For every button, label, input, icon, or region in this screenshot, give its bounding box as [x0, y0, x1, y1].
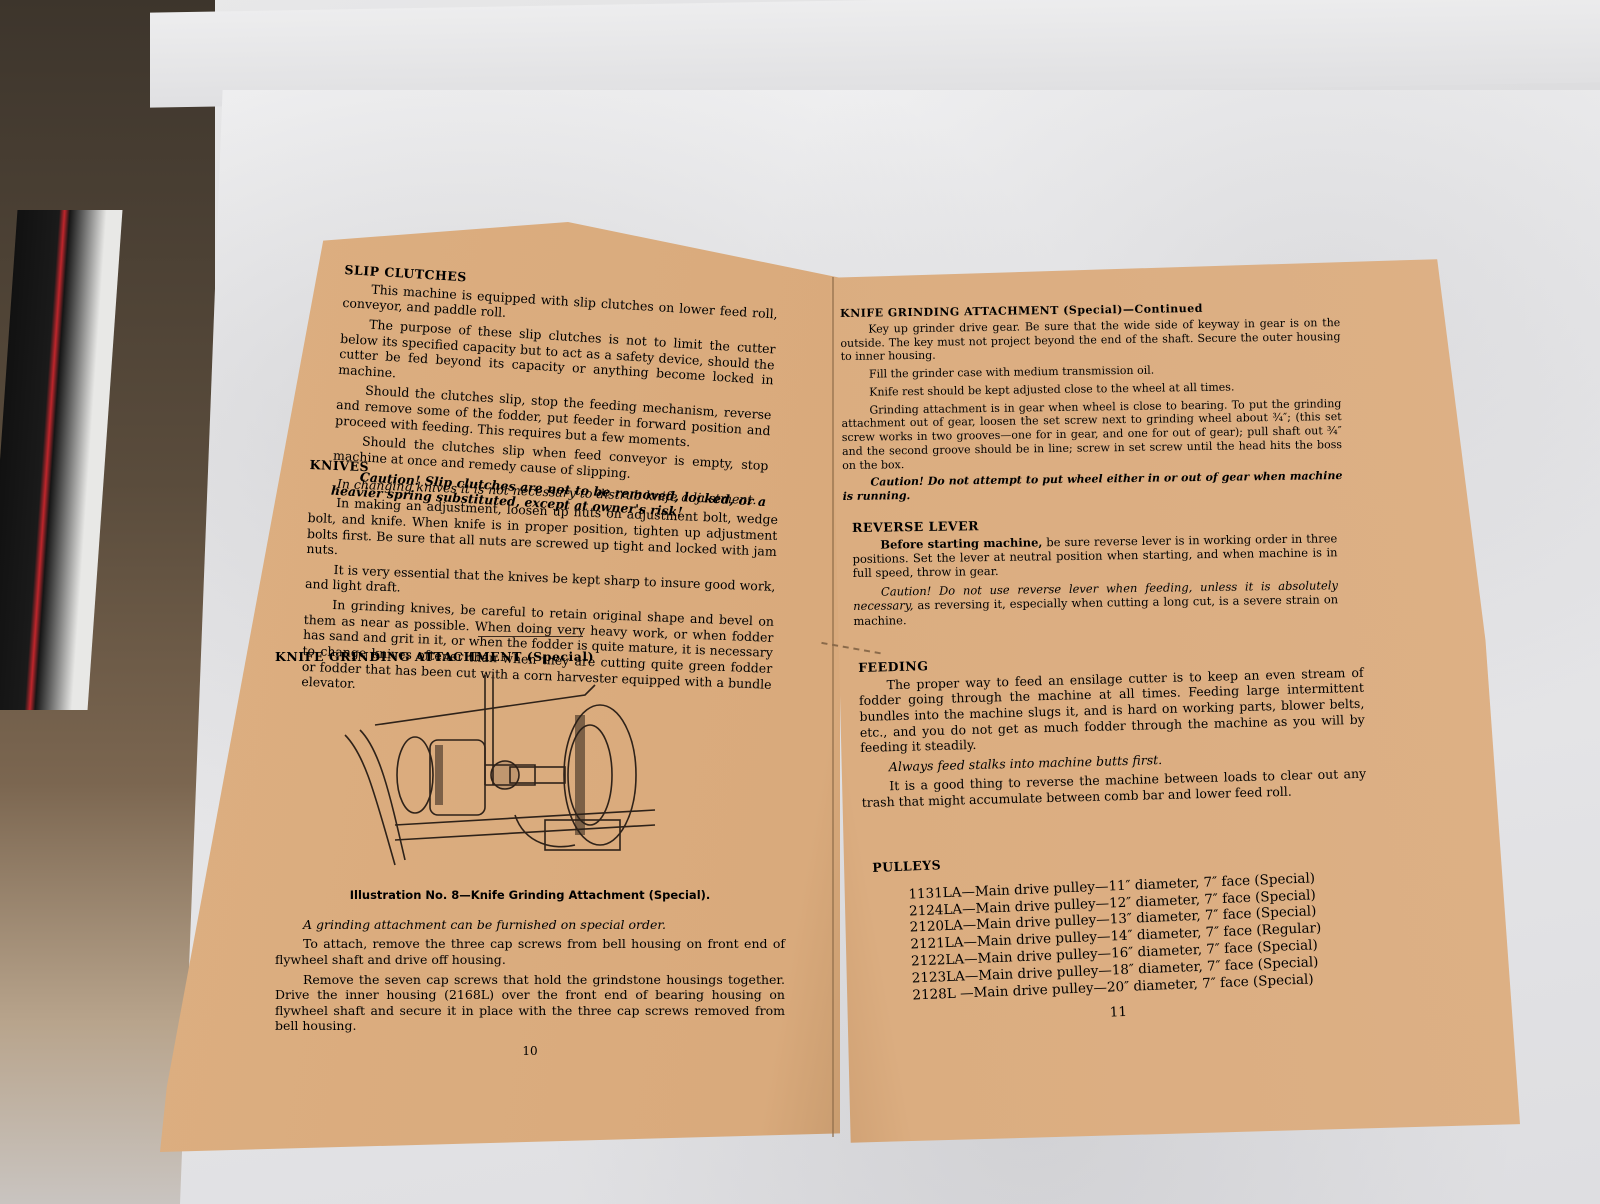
paragraph: The proper way to feed an ensilage cutte…	[858, 664, 1365, 755]
paragraph: Fill the grinder case with medium transm…	[841, 361, 1341, 382]
divider	[478, 636, 583, 637]
paragraph: Remove the seven cap screws that hold th…	[275, 972, 785, 1035]
caution-rest: as reversing it, especially when cutting…	[853, 592, 1338, 627]
illustration-caption: Illustration No. 8—Knife Grinding Attach…	[275, 888, 785, 902]
section-heading: KNIFE GRINDING ATTACHMENT (Special)	[275, 649, 785, 665]
open-booklet: SLIP CLUTCHES This machine is equipped w…	[160, 222, 1520, 1152]
grinding-attachment-drawing-icon	[335, 675, 675, 875]
booklet-spine	[832, 277, 834, 1137]
left-grinding-text: KNIFE GRINDING ATTACHMENT (Special)	[275, 622, 785, 1059]
paragraph: Grinding attachment is in gear when whee…	[841, 397, 1342, 473]
paragraph: To attach, remove the three cap screws f…	[275, 936, 785, 967]
paragraph: Key up grinder drive gear. Be sure that …	[840, 316, 1341, 364]
caution-text: Caution! Do not attempt to put wheel eit…	[842, 469, 1342, 503]
paragraph: Knife rest should be kept adjusted close…	[841, 379, 1341, 400]
right-feeding: FEEDING The proper way to feed an ensila…	[858, 647, 1367, 815]
pulley-list: 1131LA—Main drive pulley—11″ diameter, 7…	[908, 868, 1357, 1004]
page-number: 10	[275, 1044, 785, 1059]
right-grinding-continued: KNIFE GRINDING ATTACHMENT (Special)—Cont…	[840, 300, 1343, 508]
paragraph: A grinding attachment can be furnished o…	[275, 917, 785, 933]
right-reverse-lever: REVERSE LEVER Before starting machine, b…	[852, 513, 1339, 632]
right-pulleys: PULLEYS 1131LA—Main drive pulley—11″ dia…	[872, 841, 1358, 1031]
